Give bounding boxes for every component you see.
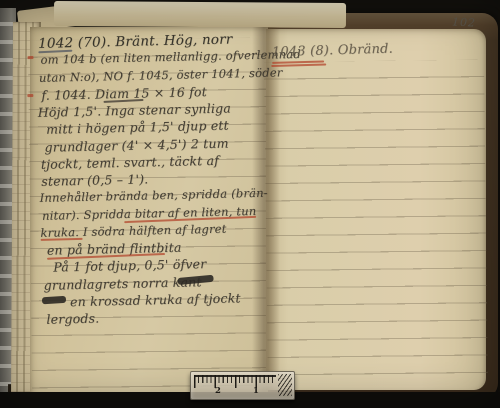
handwriting-line: stenar (0,5 – 1'). (41, 171, 148, 188)
right-page-ruling (264, 60, 488, 390)
crossed-out-word (42, 296, 66, 304)
left-page-handwriting: 1042 (70). Bränt. Hög, norr om 104 b (en… (32, 31, 275, 336)
notebook-photo: 1042 (70). Bränt. Hög, norr om 104 b (en… (0, 0, 500, 408)
handwriting-line: tjockt, teml. svart., täckt af (41, 153, 219, 172)
red-underline-double (271, 63, 326, 66)
handwriting-line: en krossad kruka af tjockt (70, 290, 241, 309)
previous-page-edge (54, 1, 346, 28)
handwriting-line: På 1 fot djup, 0,5' öfver (53, 256, 206, 274)
handwriting-line: grundlager (4' × 4,5') 2 tum (44, 136, 228, 155)
handwriting-line: Höjd 1,5'. Inga stenar synliga (38, 101, 232, 120)
red-underline (41, 238, 83, 241)
ruler-label: 2 (215, 386, 221, 396)
handwriting-line: mitt i högen på 1,5' djup ett (46, 118, 229, 137)
ruler-hatch-section (278, 374, 292, 396)
ruler-ticks-cm (194, 375, 276, 388)
right-page (266, 29, 486, 390)
handwriting-line: utan N:o), NO f. 1045, öster 1041, söder (39, 65, 283, 85)
handwriting-line: Innehåller brända ben, spridda (brän- (40, 186, 268, 205)
handwriting-line: kruka. I södra hälften af lagret (40, 222, 226, 240)
handwriting-line: lergods. (46, 311, 99, 327)
ruler-label: 1 (253, 386, 259, 396)
right-page-heading-block: 1043 (8). Obränd. (272, 41, 413, 71)
red-margin-tick (27, 94, 33, 97)
red-margin-tick (27, 56, 33, 59)
page-number: 102 (452, 15, 477, 29)
measuring-ruler: 2 1 (190, 371, 295, 400)
right-page-heading: 1043 (8). Obränd. (272, 42, 393, 60)
